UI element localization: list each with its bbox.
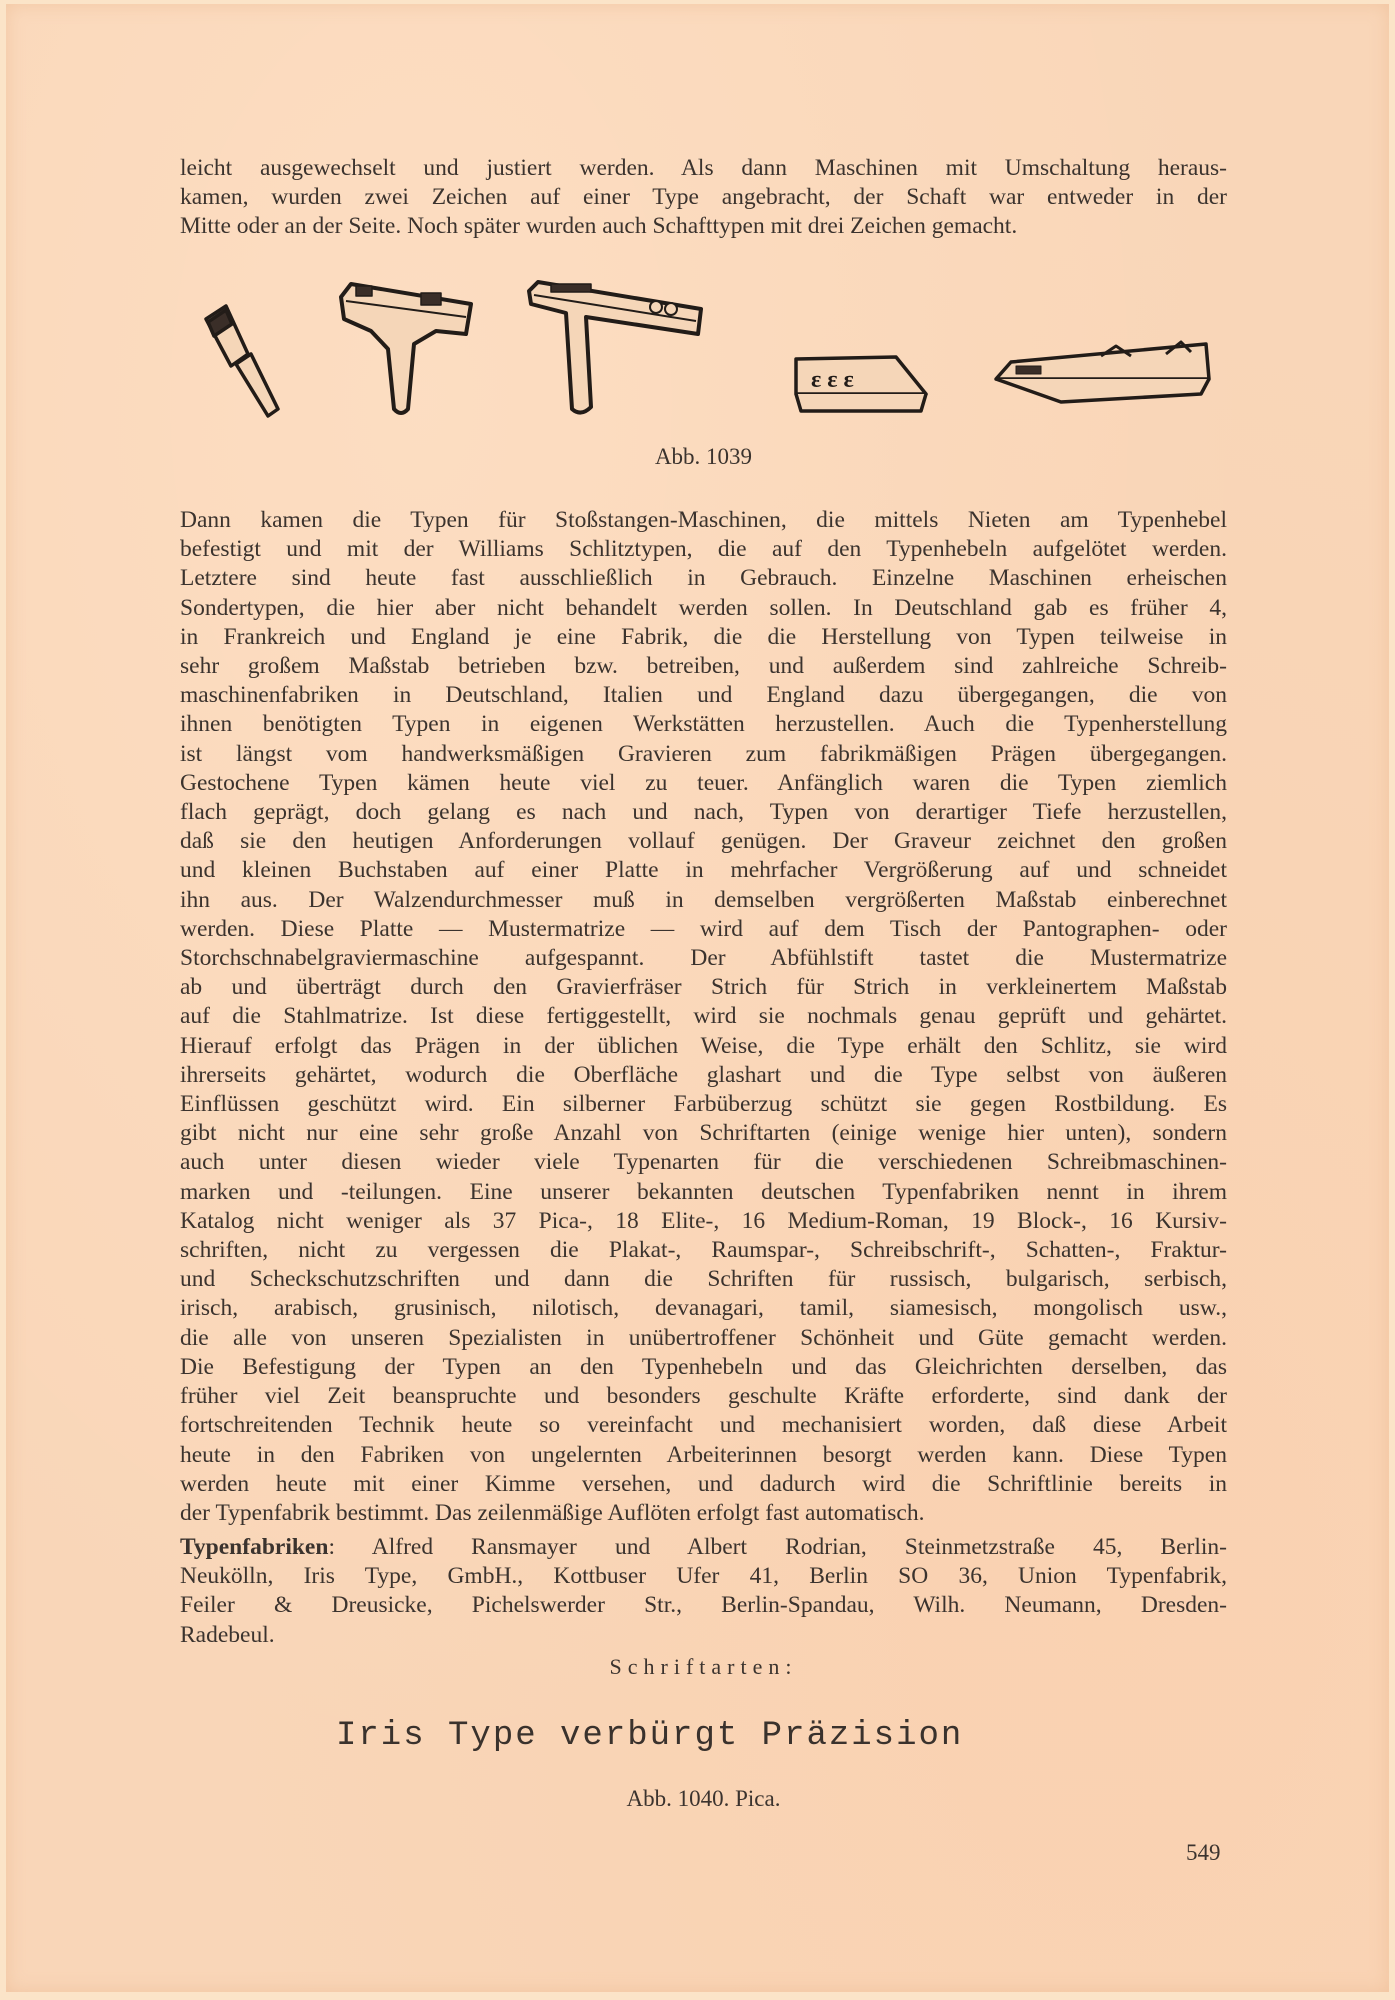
text-line: Storchschnabelgraviermaschine aufgespann… xyxy=(180,944,1227,973)
slot-type-small-illustration: ε ε ε xyxy=(791,349,936,419)
figure-caption-pica: Abb. 1040. Pica. xyxy=(6,1786,1395,1812)
text-line: Mitte oder an der Seite. Noch später wur… xyxy=(180,212,1227,241)
text-line: ihnen benötigten Typen in eigenen Werkst… xyxy=(180,710,1227,739)
text-line: daß sie den heutigen Anforderungen volla… xyxy=(180,827,1227,856)
slot-type-long-illustration xyxy=(991,334,1216,414)
text-line: ihrerseits gehärtet, wodurch die Oberflä… xyxy=(180,1061,1227,1090)
text-line: leicht ausgewechselt und justiert werden… xyxy=(180,154,1227,183)
figure-type-illustrations: ε ε ε xyxy=(196,274,1226,444)
t-type-side-shank-illustration xyxy=(526,279,706,419)
t-type-center-shank-illustration xyxy=(336,279,476,419)
page-number: 549 xyxy=(1186,1840,1221,1866)
text-line: werden. Diese Platte — Mustermatrize — w… xyxy=(180,915,1227,944)
text-line: Feiler & Dreusicke, Pichelswerder Str., … xyxy=(180,1591,1227,1620)
text-line: Letztere sind heute fast ausschließlich … xyxy=(180,564,1227,593)
text-line: auf die Stahlmatrize. Ist diese fertigge… xyxy=(180,1002,1227,1031)
text-line: Radebeul. xyxy=(180,1621,1227,1650)
text-line: irisch, arabisch, grusinisch, nilotisch,… xyxy=(180,1294,1227,1323)
text-line: Einflüssen geschützt wird. Ein silberner… xyxy=(180,1090,1227,1119)
paragraph-intro: leicht ausgewechselt und justiert werden… xyxy=(180,154,1227,242)
text-line: früher viel Zeit beanspruchte und besond… xyxy=(180,1382,1227,1411)
paragraph-main: Dann kamen die Typen für Stoßstangen-Mas… xyxy=(180,506,1227,1528)
typefaces-heading: Schriftarten: xyxy=(6,1654,1395,1680)
text-line: Katalog nicht weniger als 37 Pica-, 18 E… xyxy=(180,1207,1227,1236)
text-line: fortschreitenden Technik heute so verein… xyxy=(180,1411,1227,1440)
text-line: der Typenfabrik bestimmt. Das zeilenmäßi… xyxy=(180,1499,1227,1528)
text-line: Typenfabriken: Alfred Ransmayer und Albe… xyxy=(180,1533,1227,1562)
text-line: ist längst vom handwerksmäßigen Graviere… xyxy=(180,740,1227,769)
text-line: werden heute mit einer Kimme versehen, u… xyxy=(180,1470,1227,1499)
typeface-sample-pica: Iris Type verbürgt Präzision xyxy=(336,1717,963,1755)
text-line: gibt nicht nur eine sehr große Anzahl vo… xyxy=(180,1119,1227,1148)
text-line: und Scheckschutzschriften und dann die S… xyxy=(180,1265,1227,1294)
text-line: marken und -teilungen. Eine unserer beka… xyxy=(180,1178,1227,1207)
text-line: maschinenfabriken in Deutschland, Italie… xyxy=(180,681,1227,710)
text-line: Gestochene Typen kämen heute viel zu teu… xyxy=(180,769,1227,798)
angled-shank-type-illustration xyxy=(196,294,296,424)
book-page: leicht ausgewechselt und justiert werden… xyxy=(6,4,1389,1992)
text-line: Neukölln, Iris Type, GmbH., Kottbuser Uf… xyxy=(180,1562,1227,1591)
type-foundries-label: Typenfabriken xyxy=(180,1534,328,1560)
text-line: heute in den Fabriken von ungelernten Ar… xyxy=(180,1441,1227,1470)
text-line: befestigt und mit der Williams Schlitzty… xyxy=(180,535,1227,564)
text-line: Hierauf erfolgt das Prägen in der üblich… xyxy=(180,1032,1227,1061)
text-line: sehr großem Maßstab betrieben bzw. betre… xyxy=(180,652,1227,681)
svg-text:ε ε ε: ε ε ε xyxy=(811,367,854,393)
text-line: ab und überträgt durch den Gravierfräser… xyxy=(180,973,1227,1002)
text-line: und kleinen Buchstaben auf einer Platte … xyxy=(180,856,1227,885)
text-line: Die Befestigung der Typen an den Typenhe… xyxy=(180,1353,1227,1382)
text-line: Sondertypen, die hier aber nicht behande… xyxy=(180,594,1227,623)
text-line: kamen, wurden zwei Zeichen auf einer Typ… xyxy=(180,183,1227,212)
text-line: flach geprägt, doch gelang es nach und n… xyxy=(180,798,1227,827)
text-line: auch unter diesen wieder viele Typenarte… xyxy=(180,1148,1227,1177)
text-line: in Frankreich und England je eine Fabrik… xyxy=(180,623,1227,652)
text-line: die alle von unseren Spezialisten in unü… xyxy=(180,1324,1227,1353)
paragraph-type-foundries: Typenfabriken: Alfred Ransmayer und Albe… xyxy=(180,1533,1227,1650)
text-line: schriften, nicht zu vergessen die Plakat… xyxy=(180,1236,1227,1265)
text-line: Dann kamen die Typen für Stoßstangen-Mas… xyxy=(180,506,1227,535)
text-line: ihn aus. Der Walzendurchmesser muß in de… xyxy=(180,886,1227,915)
figure-caption: Abb. 1039 xyxy=(6,444,1395,470)
text-fragment: : Alfred Ransmayer und Albert Rodrian, S… xyxy=(328,1534,1227,1560)
